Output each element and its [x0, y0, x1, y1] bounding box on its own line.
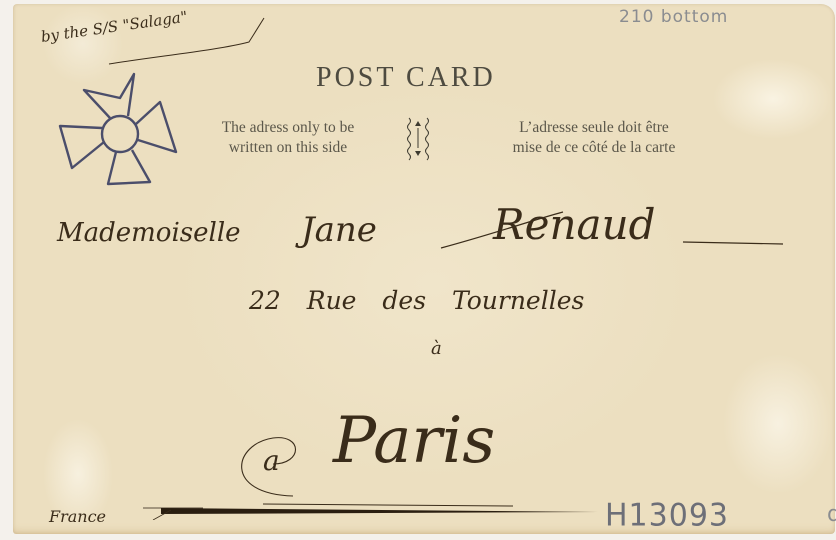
postcard: by the S/S "Salaga" 210 bottom POST CARD…	[13, 4, 835, 534]
address-salutation: Mademoiselle	[57, 218, 241, 248]
archive-reference: H13093	[605, 497, 729, 534]
pencil-note: 210 bottom	[619, 7, 728, 27]
instruction-english-line-1: The adress only to be	[193, 118, 383, 138]
instruction-french-line-1: L’adresse seule doit être	[471, 118, 717, 138]
instruction-french: L’adresse seule doit être mise de ce côt…	[471, 118, 717, 158]
address-street: 22 Rue des Tournelles	[249, 286, 584, 315]
address-country: France	[49, 507, 106, 526]
pencil-mark: d	[827, 502, 836, 527]
instruction-english: The adress only to be written on this si…	[193, 118, 383, 158]
instruction-french-line-2: mise de ce côté de la carte	[471, 138, 717, 158]
address-first-name: Jane	[301, 210, 377, 250]
address-underline	[143, 500, 603, 520]
ornamental-divider-icon	[406, 116, 430, 162]
name-flourish	[433, 184, 793, 254]
note-underline	[99, 12, 269, 72]
page-title: POST CARD	[316, 62, 496, 94]
maltese-cross-icon	[58, 72, 183, 197]
address-preposition: à	[431, 338, 442, 359]
instruction-english-line-2: written on this side	[193, 138, 383, 158]
